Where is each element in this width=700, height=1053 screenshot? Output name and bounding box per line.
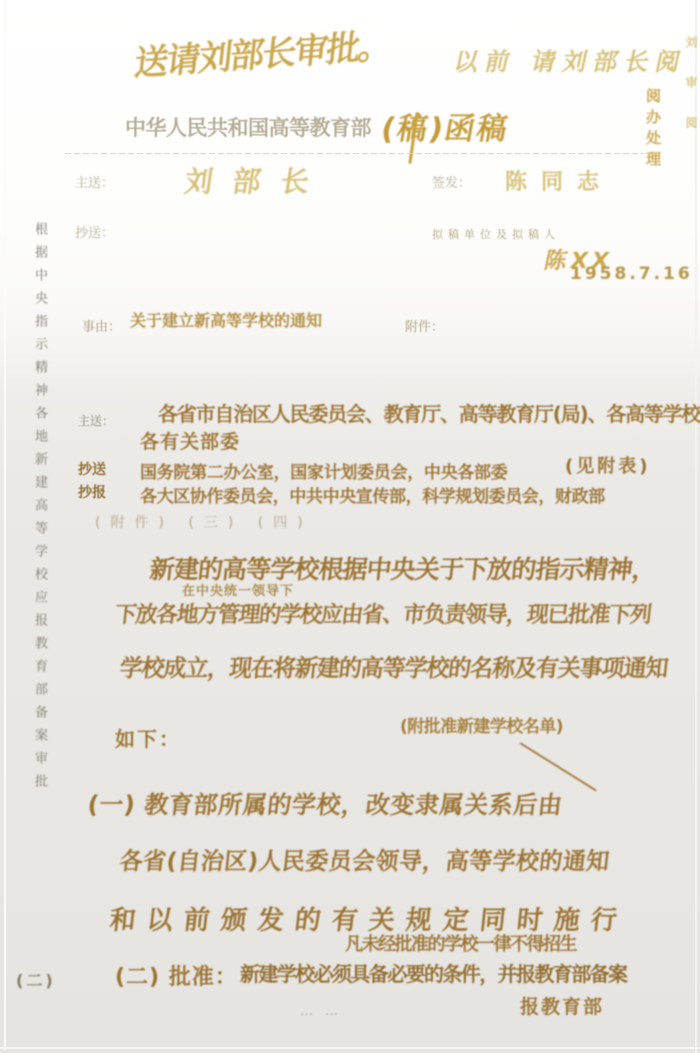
distribution-to-line: 各有关部委 xyxy=(140,427,240,454)
attachment-label: 附件： xyxy=(405,316,444,335)
letterhead-org: 中华人民共和国高等教育部 xyxy=(125,112,371,142)
body-insertion: 凡未经批准的学校一律不得招生 xyxy=(345,930,576,956)
distribution-cc-line: 国务院第二办公室，国家计划委员会，中央各部委 xyxy=(140,458,507,483)
letterhead-handwritten: (稿)函稿 xyxy=(378,104,513,148)
left-bottom-note: (二) xyxy=(16,968,56,991)
distribution-faint-line: (附件) (三) (四) xyxy=(95,512,313,532)
drafter-label: 拟稿单位及拟稿人 xyxy=(432,226,560,242)
distribution-report-label: 抄报 xyxy=(78,482,106,502)
sign-label: 签发： xyxy=(432,172,471,191)
body-insertion: 报教育部 xyxy=(520,992,604,1019)
body-line: 如下： xyxy=(115,723,181,752)
document-page: 送请刘部长审批。 以前 请刘部长阅 中华人民共和国高等教育部 (稿)函稿 阅办处… xyxy=(0,0,700,1053)
body-line-dense: 新建学校必须具备必要的条件，并报教育部备案 xyxy=(240,958,626,987)
subject-value: 关于建立新高等学校的通知 xyxy=(130,308,322,331)
body-line: 学校成立，现在将新建的高等学校的名称及有关事项通知 xyxy=(118,650,669,683)
body-line: 各省(自治区)人民委员会领导，高等学校的通知 xyxy=(118,843,611,876)
body-insertion: 在中央统一领导下 xyxy=(182,580,294,599)
to-value: 刘部长 xyxy=(182,160,332,200)
distribution-to-label: 主送： xyxy=(78,412,114,429)
subject-label: 事由： xyxy=(82,316,121,335)
distribution-cc-label: 抄送 xyxy=(78,459,106,479)
top-annotation-right: 以前 请刘部长阅 xyxy=(451,42,691,77)
right-margin-note: 阅办处理 xyxy=(643,88,664,172)
cc-label: 抄送： xyxy=(75,222,114,241)
photo-border-left xyxy=(4,0,6,1050)
photo-border-right xyxy=(695,0,697,1053)
sign-value: 陈同志 xyxy=(505,165,613,196)
top-annotation: 送请刘部长审批。 xyxy=(132,18,393,85)
body-line: (一) 教育部所属的学校，改变隶属关系后由 xyxy=(86,785,565,820)
right-edge-note: 刘 审 阅 xyxy=(683,36,700,140)
draft-date: 1958.7.16 xyxy=(570,264,693,284)
body-insertion: (附批准新建学校名单) xyxy=(400,712,563,737)
body-line: (二) 批准： xyxy=(115,960,238,991)
body-faint-marks: …… xyxy=(300,1004,350,1019)
to-label: 主送： xyxy=(75,172,114,191)
distribution-report-line: 各大区协作委员会，中共中央宣传部，科学规划委员会，财政部 xyxy=(140,482,605,507)
left-margin-note: 根据中央指示精神各地新建高等学校应报教育部备案审批 xyxy=(30,222,49,797)
distribution-cc-note: (见附表) xyxy=(565,452,650,478)
header-rule xyxy=(65,153,643,154)
photo-border-bottom xyxy=(0,1047,700,1049)
distribution-to-line: 各省市自治区人民委员会、教育厅、高等教育厅(局)、各高等学校 xyxy=(158,398,700,427)
body-line: 下放各地方管理的学校应由省、市负责领导，现已批准下列 xyxy=(113,598,652,629)
